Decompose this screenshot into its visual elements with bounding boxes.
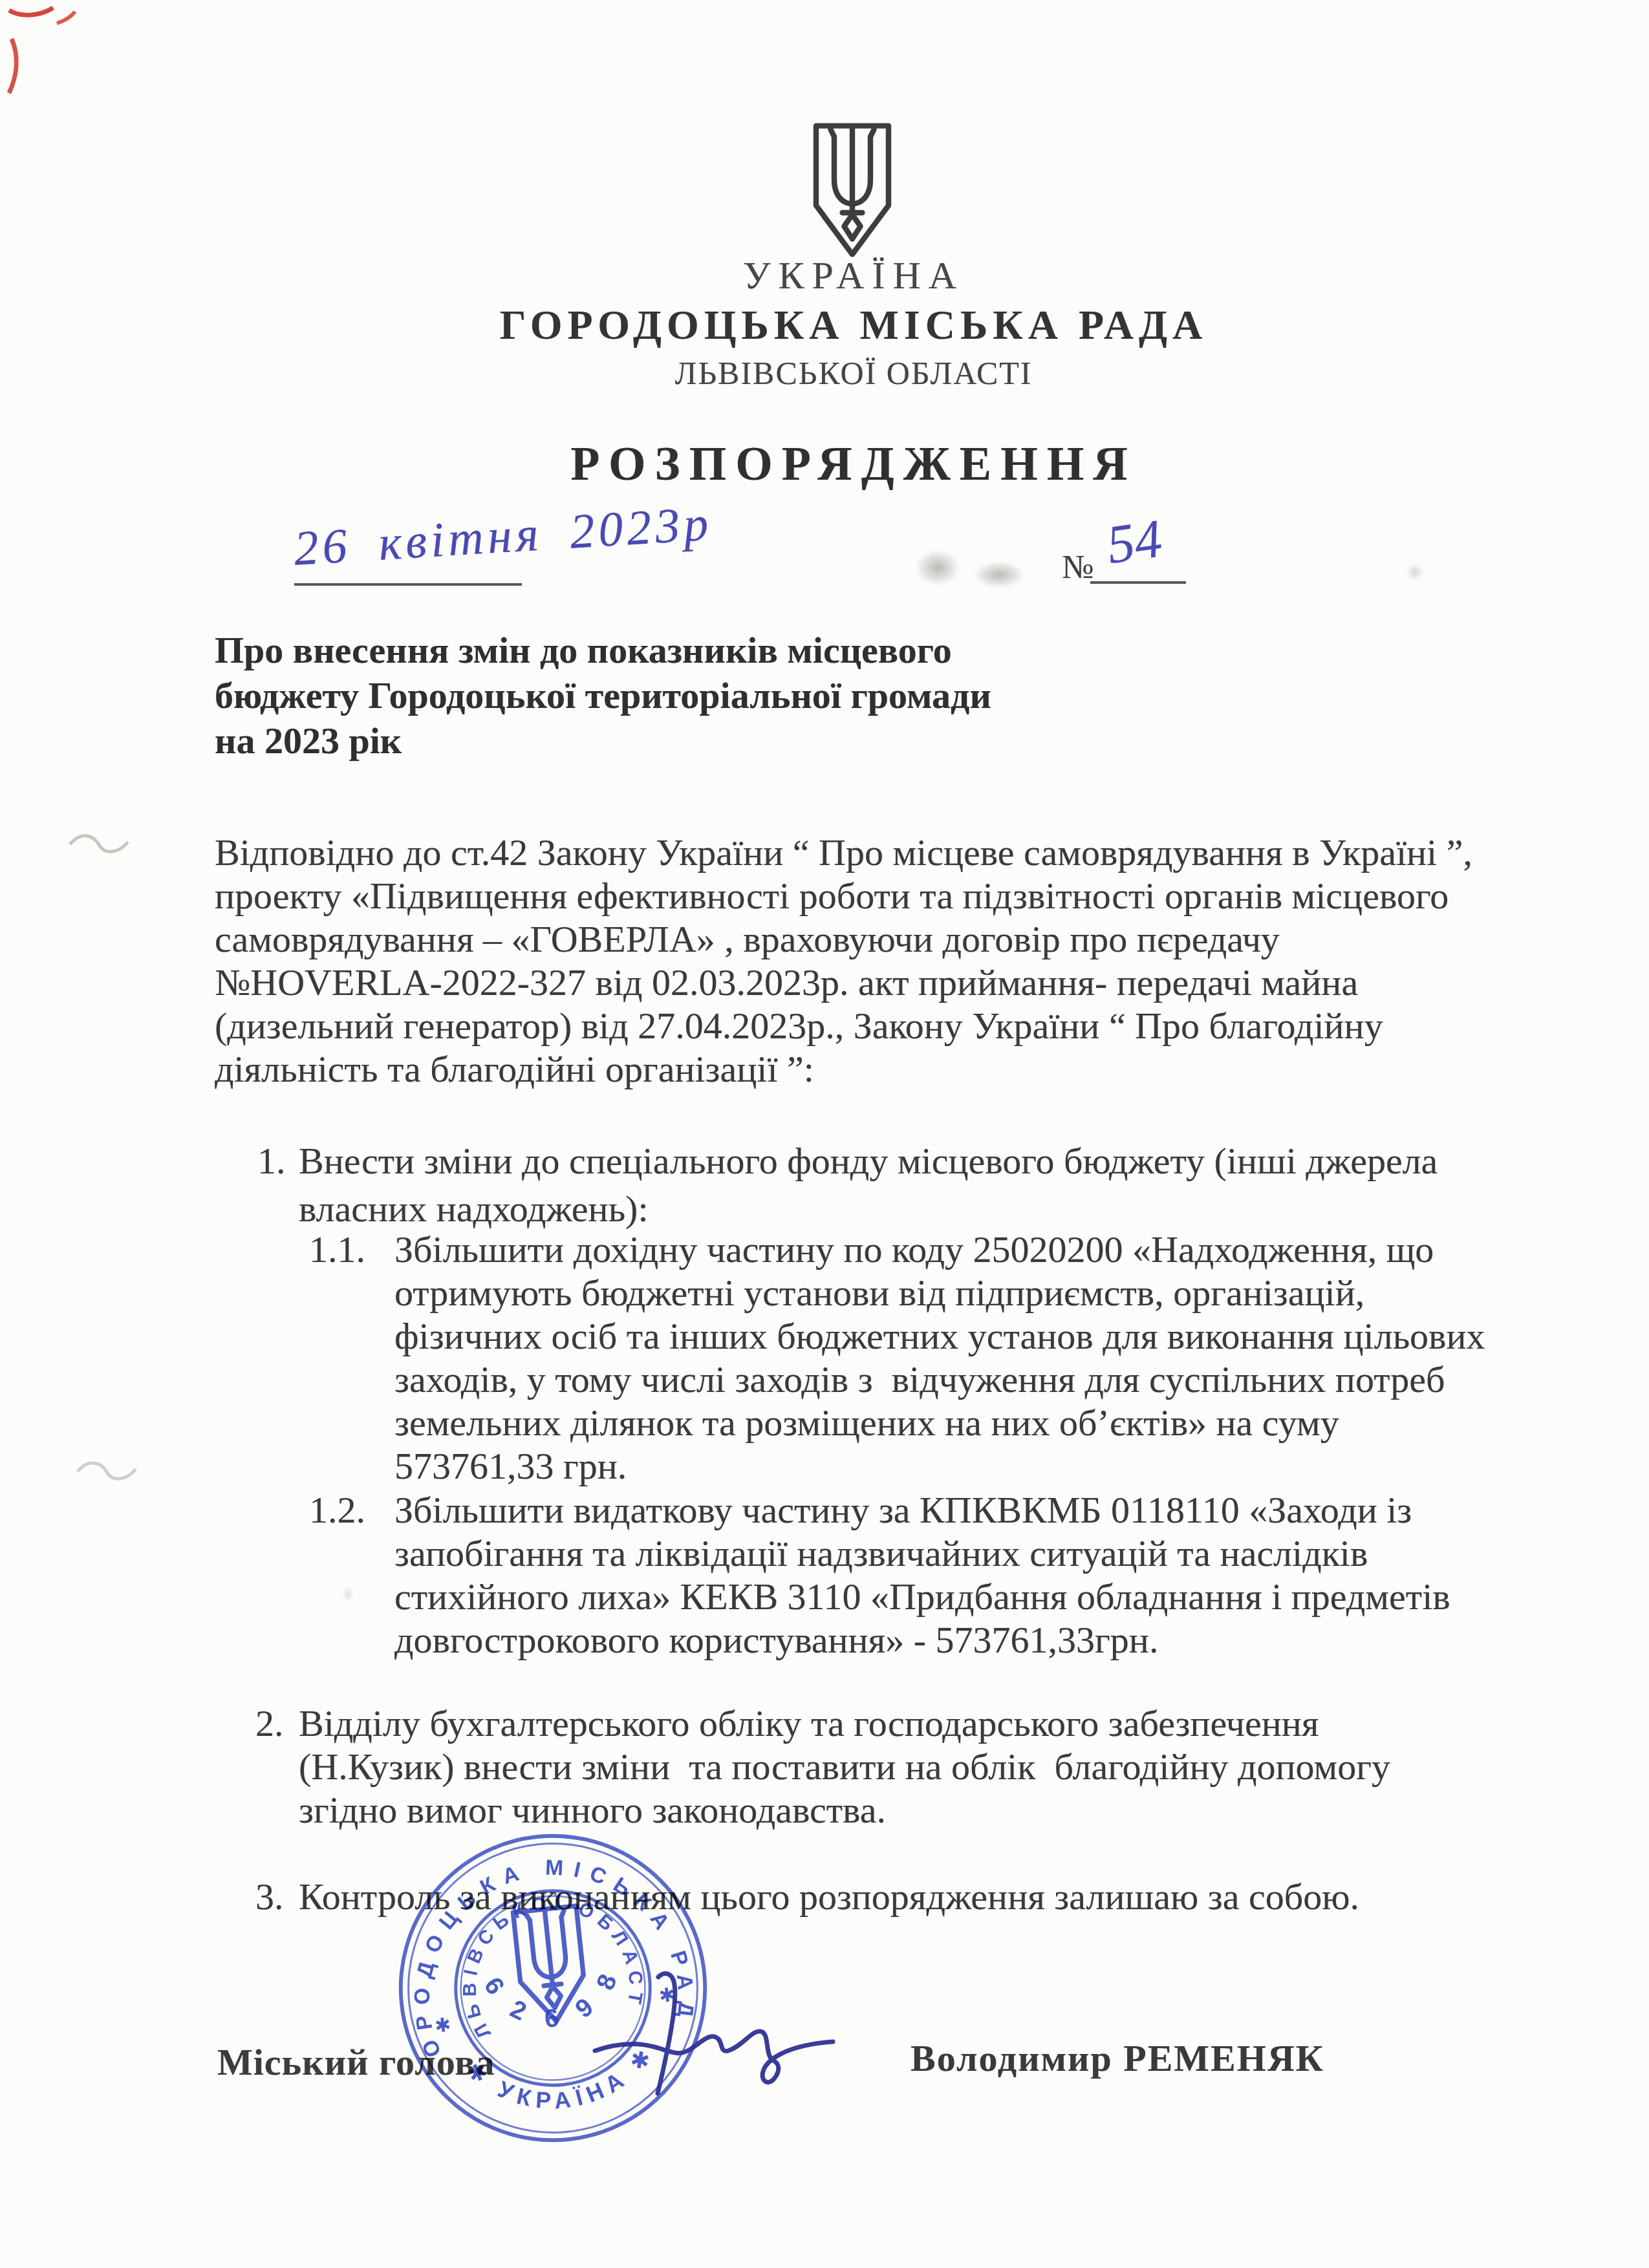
item-line: Збільшити дохідну частину по коду 250202… bbox=[394, 1228, 1485, 1271]
signer-name: Володимир РЕМЕНЯК bbox=[911, 2037, 1324, 2080]
subject-line: бюджету Городоцької територіальної грома… bbox=[215, 674, 991, 719]
preamble-line: проекту «Підвищення ефективності роботи … bbox=[215, 874, 1472, 917]
list-item: Збільшити дохідну частину по коду 250202… bbox=[394, 1228, 1485, 1488]
handwritten-date: 26 квітня 2023р bbox=[292, 495, 714, 577]
paper-speck bbox=[1406, 564, 1423, 581]
header-region: ЛЬВІВСЬКОЇ ОБЛАСТІ bbox=[61, 354, 1646, 392]
item-line: (Н.Кузик) внести зміни та поставити на о… bbox=[299, 1745, 1390, 1788]
number-underline-rule bbox=[1090, 581, 1186, 584]
item-line: отримують бюджетні установи від підприєм… bbox=[394, 1271, 1485, 1314]
document-type-title: РОЗПОРЯДЖЕННЯ bbox=[61, 437, 1646, 492]
item-line: Збільшити видаткову частину за КПКВКМБ 0… bbox=[394, 1488, 1450, 1532]
list-item-number: 1.2. bbox=[309, 1488, 365, 1532]
preamble-paragraph: Відповідно до ст.42 Закону України “ Про… bbox=[215, 831, 1472, 1091]
date-underline-rule bbox=[294, 583, 522, 586]
subject-line: на 2023 рік bbox=[215, 719, 991, 764]
header-country: УКРАЇНА bbox=[61, 253, 1646, 298]
preamble-line: №HOVERLA-2022-327 від 02.03.2023р. акт п… bbox=[215, 961, 1472, 1004]
margin-pen-squiggle bbox=[75, 1456, 140, 1488]
list-item-number: 2. bbox=[255, 1702, 284, 1745]
subject-line: Про внесення змін до показників місцевог… bbox=[215, 628, 991, 674]
item-line: згідно вимог чинного законодавства. bbox=[299, 1788, 1390, 1832]
preamble-line: самоврядування – «ГОВЕРЛА» , враховуючи … bbox=[215, 917, 1472, 961]
paper-speck bbox=[343, 1587, 353, 1601]
item-line: запобігання та ліквідації надзвичайних с… bbox=[394, 1532, 1450, 1575]
ink-signature bbox=[582, 1965, 879, 2121]
margin-pen-squiggle bbox=[67, 829, 132, 861]
item-line: довгострокового користування» - 573761,3… bbox=[394, 1618, 1450, 1662]
header-council-name: ГОРОДОЦЬКА МІСЬКА РАДА bbox=[61, 301, 1646, 349]
list-item: Збільшити видаткову частину за КПКВКМБ 0… bbox=[394, 1488, 1450, 1662]
item-line: стихійного лиха» КЕКВ 3110 «Придбання об… bbox=[394, 1575, 1450, 1618]
item-line: заходів, у тому числі заходів з відчужен… bbox=[394, 1358, 1485, 1401]
ink-smudge bbox=[915, 550, 960, 586]
ink-smudge bbox=[973, 561, 1025, 588]
preamble-line: (дизельний генератор) від 27.04.2023р., … bbox=[215, 1004, 1472, 1047]
list-item: Внести зміни до спеціального фонду місце… bbox=[299, 1139, 1438, 1235]
coat-of-arms-emblem bbox=[807, 122, 898, 259]
scanned-document-page: УКРАЇНА ГОРОДОЦЬКА МІСЬКА РАДА ЛЬВІВСЬКО… bbox=[0, 0, 1649, 2268]
item-line: 573761,33 грн. bbox=[394, 1444, 1485, 1488]
preamble-line: діяльність та благодійні організації ”: bbox=[215, 1047, 1472, 1091]
list-item-number: 3. bbox=[255, 1875, 284, 1918]
item-line: Внести зміни до спеціального фонду місце… bbox=[299, 1139, 1438, 1187]
number-label: № bbox=[1062, 548, 1094, 586]
list-item: Відділу бухгалтерського обліку та господ… bbox=[299, 1702, 1390, 1832]
item-line: земельних ділянок та розміщених на них о… bbox=[394, 1401, 1485, 1444]
red-pen-marks bbox=[3, 1, 80, 98]
handwritten-number: 54 bbox=[1103, 507, 1166, 577]
item-line: Відділу бухгалтерського обліку та господ… bbox=[299, 1702, 1390, 1745]
list-item-number: 1.1. bbox=[309, 1228, 365, 1271]
stamp-star-left: ✱ bbox=[434, 2014, 452, 2037]
item-line: фізичних осіб та інших бюджетних установ… bbox=[394, 1314, 1485, 1358]
preamble-line: Відповідно до ст.42 Закону України “ Про… bbox=[215, 831, 1472, 874]
list-item-number: 1. bbox=[257, 1139, 286, 1182]
subject-block: Про внесення змін до показників місцевог… bbox=[215, 628, 991, 764]
